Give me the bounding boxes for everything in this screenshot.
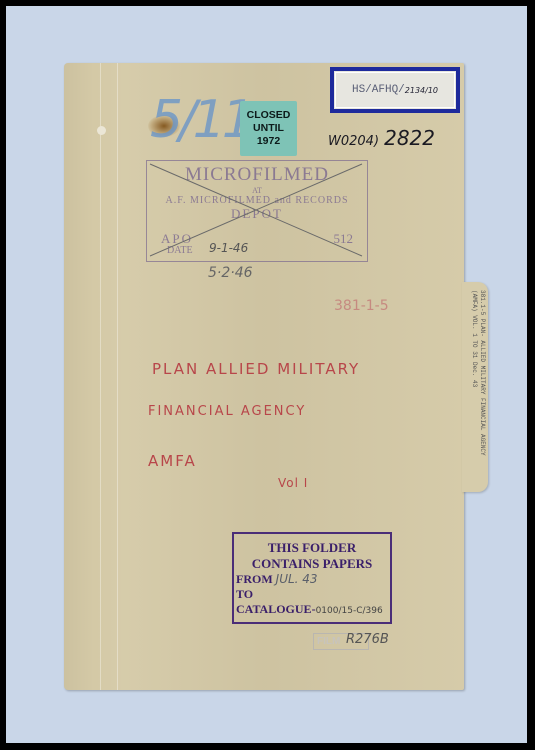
- contents-line1: THIS FOLDER: [234, 540, 390, 556]
- punch-hole: [97, 126, 106, 135]
- handwritten-number: 2822: [384, 126, 435, 150]
- folder-crease: [117, 63, 118, 690]
- from-label: FROM: [236, 572, 273, 586]
- reference-label: HS/AFHQ/ 2134/10: [330, 67, 460, 113]
- file-number: 381-1-5: [334, 298, 389, 314]
- folder-tab-label: 381.1-5 PLAN- ALLIED MILITARY FINANCIAL …: [464, 290, 486, 485]
- closed-line1: CLOSED: [247, 109, 291, 122]
- reference-handwritten: 2134/10: [405, 86, 438, 95]
- to-label: TO: [236, 587, 253, 601]
- volume-label: Vol I: [278, 476, 308, 490]
- title-line-1: PLAN ALLIED MILITARY: [152, 360, 360, 378]
- catalogue-label: CATALOGUE-: [236, 602, 316, 616]
- catalogue-value: 0100/15-C/396: [316, 606, 383, 616]
- film-number: R276B: [346, 632, 389, 647]
- title-line-3: AMFA: [148, 452, 197, 470]
- closed-line2: UNTIL: [253, 122, 284, 135]
- handwritten-date: 5·2·46: [208, 265, 253, 281]
- closed-until-label: CLOSED UNTIL 1972: [240, 101, 297, 156]
- folder-crease: [100, 63, 101, 690]
- reference-printed: HS/AFHQ/: [352, 84, 405, 96]
- title-line-2: FINANCIAL AGENCY: [148, 404, 306, 419]
- cross-out-mark: [146, 160, 366, 260]
- closed-line3: 1972: [257, 135, 280, 148]
- handwritten-reference: W0204) 2822: [328, 126, 435, 150]
- contents-stamp: THIS FOLDER CONTAINS PAPERS FROM JUL. 43…: [232, 532, 392, 624]
- handwritten-prefix: W0204): [328, 134, 379, 149]
- blue-pencil-mark: 5/11: [150, 90, 251, 150]
- from-value: JUL. 43: [276, 572, 318, 586]
- contents-line2: CONTAINS PAPERS: [234, 556, 390, 572]
